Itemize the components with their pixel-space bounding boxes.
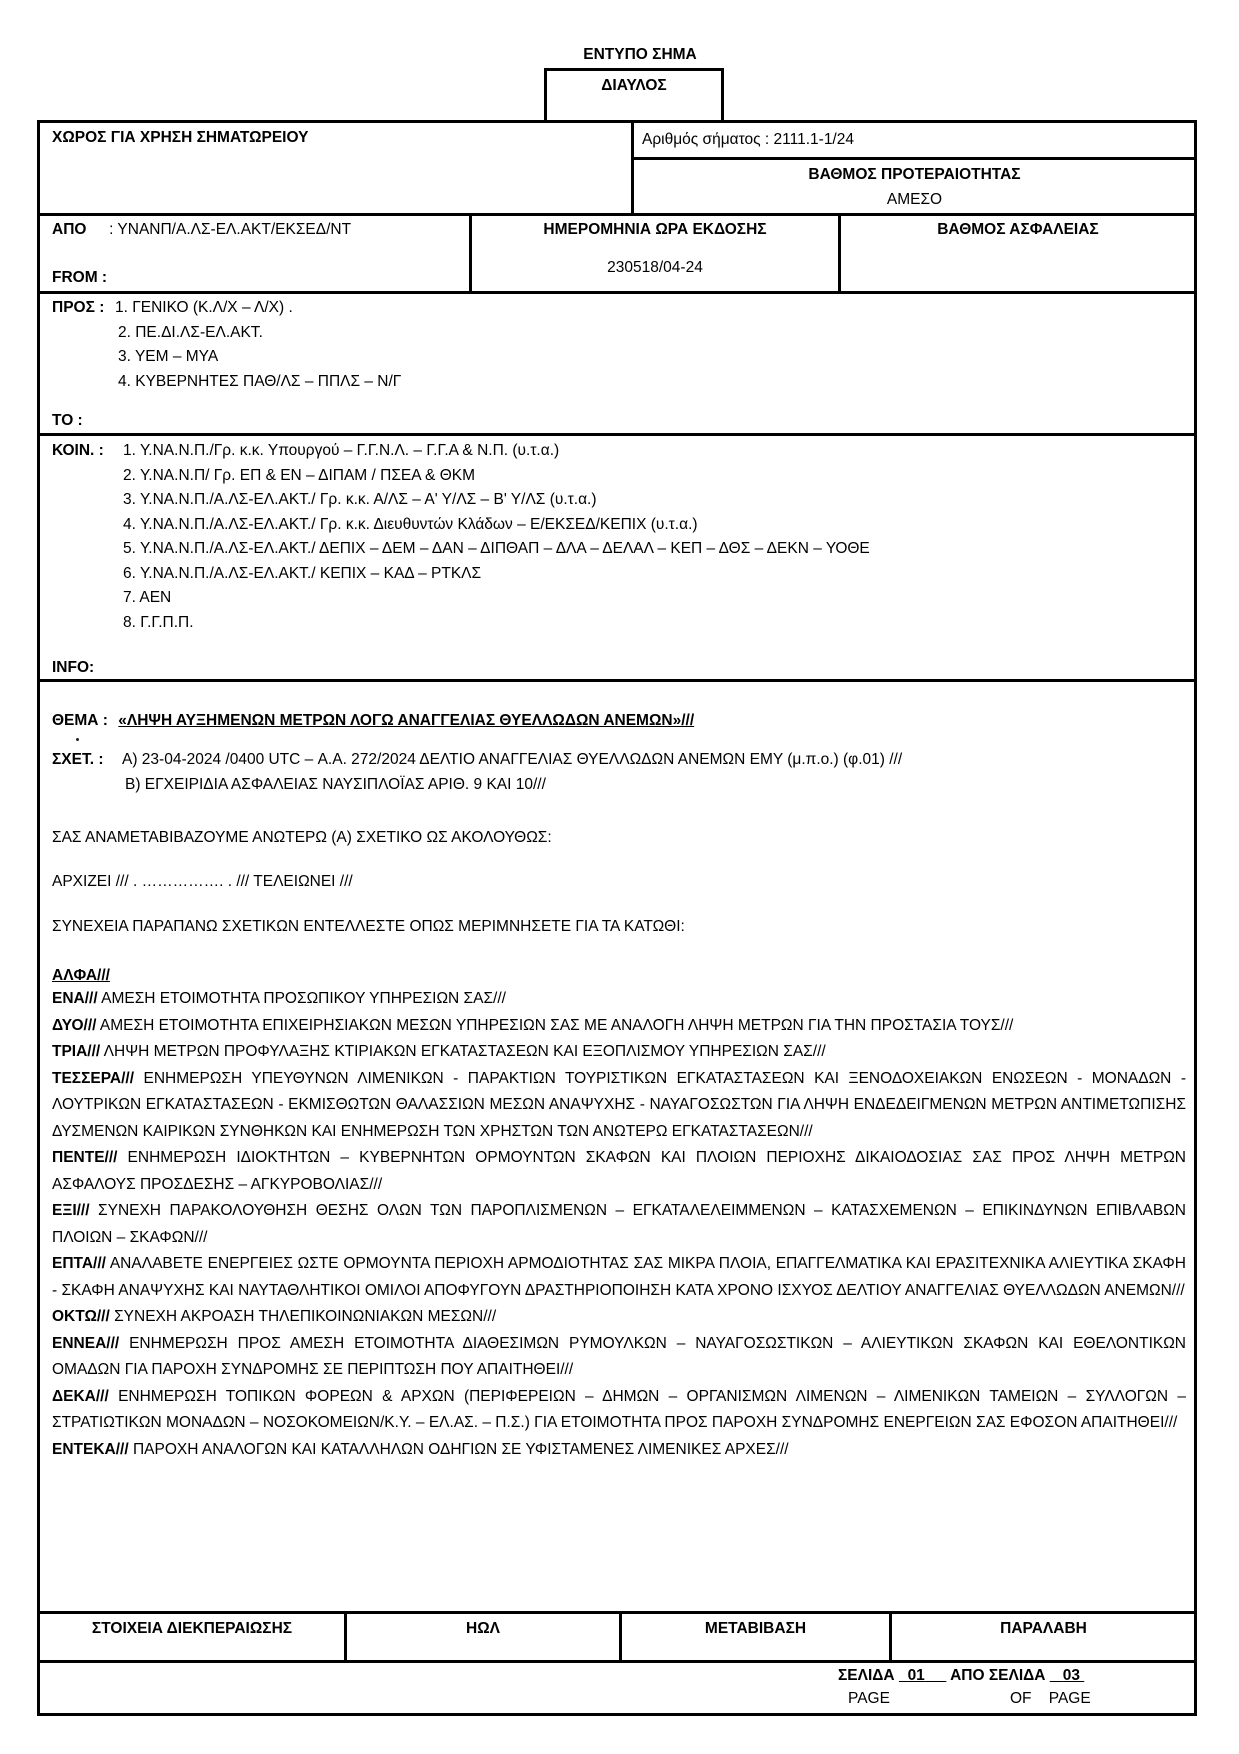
footer-col-transmission: ΜΕΤΑΒΙΒΑΣΗ: [622, 1619, 889, 1639]
directive-item: ΤΕΣΣΕΡΑ/// ΕΝΗΜΕΡΩΣΗ ΥΠΕΥΘΥΝΩΝ ΛΙΜΕΝΙΚΩΝ…: [52, 1066, 1186, 1146]
info-item: 4. Υ.ΝΑ.Ν.Π./Α.ΛΣ-ΕΛ.ΑΚΤ./ Γρ. κ.κ. Διευ…: [123, 513, 870, 538]
to-en-label: TO :: [52, 411, 83, 431]
section-heading: ΑΛΦΑ///: [52, 966, 110, 986]
directive-label: ΟΚΤΩ///: [52, 1308, 110, 1325]
directive-label: ΕΝΤΕΚΑ///: [52, 1441, 129, 1458]
directive-text: ΑΝΑΛΑΒΕΤΕ ΕΝΕΡΓΕΙΕΣ ΩΣΤΕ ΟΡΜΟΥΝΤΑ ΠΕΡΙΟΧ…: [52, 1255, 1186, 1299]
directive-text: ΕΝΗΜΕΡΩΣΗ ΙΔΙΟΚΤΗΤΩΝ – ΚΥΒΕΡΝΗΤΩΝ ΟΡΜΟΥΝ…: [52, 1149, 1186, 1193]
form-title: ΕΝΤΥΠΟ ΣΗΜΑ: [570, 45, 710, 65]
footer-col-processing: ΣΤΟΙΧΕΙΑ ΔΙΕΚΠΕΡΑΙΩΣΗΣ: [40, 1619, 344, 1639]
info-item: 6. Υ.ΝΑ.Ν.Π./Α.ΛΣ-ΕΛ.ΑΚΤ./ ΚΕΠΙΧ – ΚΑΔ –…: [123, 562, 870, 587]
reference-item: Β) ΕΓΧΕΙΡΙΔΙΑ ΑΣΦΑΛΕΙΑΣ ΝΑΥΣΙΠΛΟΪΑΣ ΑΡΙΘ…: [125, 773, 902, 798]
directive-item: ΔΕΚΑ/// ΕΝΗΜΕΡΩΣΗ ΤΟΠΙΚΩΝ ΦΟΡΕΩΝ & ΑΡΧΩΝ…: [52, 1384, 1186, 1437]
directive-item: ΠΕΝΤΕ/// ΕΝΗΜΕΡΩΣΗ ΙΔΙΟΚΤΗΤΩΝ – ΚΥΒΕΡΝΗΤ…: [52, 1145, 1186, 1198]
directive-label: ΔΕΚΑ///: [52, 1388, 109, 1405]
divider: [37, 213, 1197, 216]
info-en-label: INFO:: [52, 658, 94, 678]
info-item: 3. Υ.ΝΑ.Ν.Π./Α.ΛΣ-ΕΛ.ΑΚΤ./ Γρ. κ.κ. Α/ΛΣ…: [123, 488, 870, 513]
priority-label: ΒΑΘΜΟΣ ΠΡΟΤΕΡΑΙΟΤΗΤΑΣ: [634, 165, 1195, 185]
directive-item: ΕΝΝΕΑ/// ΕΝΗΜΕΡΩΣΗ ΠΡΟΣ ΑΜΕΣΗ ΕΤΟΙΜΟΤΗΤΑ…: [52, 1331, 1186, 1384]
from-value: : ΥΝΑΝΠ/Α.ΛΣ-ΕΛ.ΑΚΤ/ΕΚΣΕΔ/ΝΤ: [109, 221, 351, 238]
of-page-en-label: OF PAGE: [1010, 1689, 1091, 1709]
divider: [37, 1611, 1197, 1614]
to-list: 1. ΓΕΝΙΚΟ (Κ.Λ/Χ – Λ/Χ) . 2. ΠΕ.ΔΙ.ΛΣ-ΕΛ…: [115, 296, 401, 394]
directive-text: ΛΗΨΗ ΜΕΤΡΩΝ ΠΡΟΦΥΛΑΞΗΣ ΚΤΙΡΙΑΚΩΝ ΕΓΚΑΤΑΣ…: [100, 1043, 825, 1060]
divider: [631, 157, 1195, 160]
datetime-label: ΗΜΕΡΟΜΗΝΙΑ ΩΡΑ ΕΚΔΟΣΗΣ: [472, 220, 838, 240]
footer-col-dtg: ΗΩΛ: [347, 1619, 619, 1639]
footer-col-receipt: ΠΑΡΑΛΑΒΗ: [892, 1619, 1195, 1639]
priority-value: ΑΜΕΣΟ: [634, 190, 1195, 210]
to-label: ΠΡΟΣ :: [52, 298, 104, 318]
info-item: 5. Υ.ΝΑ.Ν.Π./Α.ΛΣ-ΕΛ.ΑΚΤ./ ΔΕΠΙΧ – ΔΕΜ –…: [123, 537, 870, 562]
subject-label: ΘΕΜΑ :: [52, 712, 108, 729]
signal-office-label: ΧΩΡΟΣ ΓΙΑ ΧΡΗΣΗ ΣΗΜΑΤΩΡΕΙΟΥ: [52, 128, 308, 148]
directive-text: ΣΥΝΕΧΗ ΑΚΡΟΑΣΗ ΤΗΛΕΠΙΚΟΙΝΩΝΙΑΚΩΝ ΜΕΣΩΝ//…: [110, 1308, 496, 1325]
subject-text: «ΛΗΨΗ ΑΥΞΗΜΕΝΩΝ ΜΕΤΡΩΝ ΛΟΓΩ ΑΝΑΓΓΕΛΙΑΣ Θ…: [118, 712, 694, 729]
info-item: 8. Γ.Γ.Π.Π.: [123, 611, 870, 636]
directive-text: ΑΜΕΣΗ ΕΤΟΙΜΟΤΗΤΑ ΠΡΟΣΩΠΙΚΟΥ ΥΠΗΡΕΣΙΩΝ ΣΑ…: [98, 990, 506, 1007]
signal-number-value: 2111.1-1/24: [774, 131, 854, 148]
to-item: 2. ΠΕ.ΔΙ.ΛΣ-ΕΛ.ΑΚΤ.: [118, 321, 401, 346]
from-field: ΑΠΟ : ΥΝΑΝΠ/Α.ΛΣ-ΕΛ.ΑΚΤ/ΕΚΣΕΔ/ΝΤ: [52, 220, 351, 240]
directive-label: ΤΡΙΑ///: [52, 1043, 100, 1060]
directive-item: ΟΚΤΩ/// ΣΥΝΕΧΗ ΑΚΡΟΑΣΗ ΤΗΛΕΠΙΚΟΙΝΩΝΙΑΚΩΝ…: [52, 1304, 1186, 1331]
directive-item: ΤΡΙΑ/// ΛΗΨΗ ΜΕΤΡΩΝ ΠΡΟΦΥΛΑΞΗΣ ΚΤΙΡΙΑΚΩΝ…: [52, 1039, 1186, 1066]
scan-mark: [76, 738, 79, 741]
divider: [37, 433, 1197, 436]
from-label: ΑΠΟ: [52, 221, 86, 238]
directive-label: ΔΥΟ///: [52, 1017, 96, 1034]
divider: [37, 1660, 1197, 1663]
signal-number-label: Αριθμός σήματος :: [642, 131, 769, 148]
of-label: ΑΠΟ ΣΕΛΙΔΑ: [950, 1667, 1045, 1684]
divider: [37, 679, 1197, 682]
to-item: 1. ΓΕΝΙΚΟ (Κ.Λ/Χ – Λ/Χ) .: [115, 296, 401, 321]
directive-text: ΠΑΡΟΧΗ ΑΝΑΛΟΓΩΝ ΚΑΙ ΚΑΤΑΛΛΗΛΩΝ ΟΔΗΓΙΩΝ Σ…: [129, 1441, 789, 1458]
directive-text: ΣΥΝΕΧΗ ΠΑΡΑΚΟΛΟΥΘΗΣΗ ΘΕΣΗΣ ΟΛΩΝ ΤΩΝ ΠΑΡΟ…: [52, 1202, 1186, 1246]
directive-item: ΕΞΙ/// ΣΥΝΕΧΗ ΠΑΡΑΚΟΛΟΥΘΗΣΗ ΘΕΣΗΣ ΟΛΩΝ Τ…: [52, 1198, 1186, 1251]
directive-label: ΤΕΣΣΕΡΑ///: [52, 1070, 134, 1087]
start-end-line: ΑΡΧΙΖΕΙ /// . ……………. . /// ΤΕΛΕΙΩΝΕΙ ///: [52, 872, 353, 892]
to-item: 3. ΥΕΜ – ΜΥΑ: [118, 345, 401, 370]
directive-label: ΕΞΙ///: [52, 1202, 90, 1219]
channel-box: ΔΙΑΥΛΟΣ: [544, 68, 724, 122]
to-item: 4. ΚΥΒΕΡΝΗΤΕΣ ΠΑΘ/ΛΣ – ΠΠΛΣ – Ν/Γ: [118, 370, 401, 395]
directive-label: ΕΝΑ///: [52, 990, 98, 1007]
intro-text: ΣΑΣ ΑΝΑΜΕΤΑΒΙΒΑΖΟΥΜΕ ΑΝΩΤΕΡΩ (Α) ΣΧΕΤΙΚΟ…: [52, 828, 552, 848]
directive-text: ΕΝΗΜΕΡΩΣΗ ΤΟΠΙΚΩΝ ΦΟΡΕΩΝ & ΑΡΧΩΝ (ΠΕΡΙΦΕ…: [52, 1388, 1186, 1432]
security-label: ΒΑΘΜΟΣ ΑΣΦΑΛΕΙΑΣ: [841, 220, 1195, 240]
directive-item: ΕΝΑ/// ΑΜΕΣΗ ΕΤΟΙΜΟΤΗΤΑ ΠΡΟΣΩΠΙΚΟΥ ΥΠΗΡΕ…: [52, 986, 1186, 1013]
reference-item: Α) 23-04-2024 /0400 UTC – Α.Α. 272/2024 …: [122, 748, 902, 773]
info-item: 1. Υ.ΝΑ.Ν.Π./Γρ. κ.κ. Υπουργού – Γ.Γ.Ν.Λ…: [123, 439, 870, 464]
info-list: 1. Υ.ΝΑ.Ν.Π./Γρ. κ.κ. Υπουργού – Γ.Γ.Ν.Λ…: [123, 439, 870, 635]
directive-text: ΕΝΗΜΕΡΩΣΗ ΠΡΟΣ ΑΜΕΣΗ ΕΤΟΙΜΟΤΗΤΑ ΔΙΑΘΕΣΙΜ…: [52, 1335, 1186, 1379]
datetime-value: 230518/04-24: [472, 258, 838, 278]
page-total: 03: [1063, 1667, 1080, 1684]
page-indicator: ΣΕΛΙΔΑ 01 ΑΠΟ ΣΕΛΙΔΑ 03: [838, 1666, 1084, 1686]
directive-text: ΕΝΗΜΕΡΩΣΗ ΥΠΕΥΘΥΝΩΝ ΛΙΜΕΝΙΚΩΝ - ΠΑΡΑΚΤΙΩ…: [52, 1070, 1186, 1140]
channel-label: ΔΙΑΥΛΟΣ: [547, 76, 721, 96]
page-label: ΣΕΛΙΔΑ: [838, 1667, 895, 1684]
signal-number-field: Αριθμός σήματος : 2111.1-1/24: [642, 130, 854, 150]
directive-label: ΠΕΝΤΕ///: [52, 1149, 117, 1166]
directive-text: ΑΜΕΣΗ ΕΤΟΙΜΟΤΗΤΑ ΕΠΙΧΕΙΡΗΣΙΑΚΩΝ ΜΕΣΩΝ ΥΠ…: [96, 1017, 1013, 1034]
info-item: 7. ΑΕΝ: [123, 586, 870, 611]
directive-item: ΔΥΟ/// ΑΜΕΣΗ ΕΤΟΙΜΟΤΗΤΑ ΕΠΙΧΕΙΡΗΣΙΑΚΩΝ Μ…: [52, 1013, 1186, 1040]
references-list: Α) 23-04-2024 /0400 UTC – Α.Α. 272/2024 …: [122, 748, 902, 797]
directive-item: ΕΠΤΑ/// ΑΝΑΛΑΒΕΤΕ ΕΝΕΡΓΕΙΕΣ ΩΣΤΕ ΟΡΜΟΥΝΤ…: [52, 1251, 1186, 1304]
directive-label: ΕΝΝΕΑ///: [52, 1335, 119, 1352]
from-en-label: FROM :: [52, 268, 107, 288]
page-number: 01: [908, 1667, 925, 1684]
directive-label: ΕΠΤΑ///: [52, 1255, 106, 1272]
info-label: ΚΟΙΝ. :: [52, 441, 104, 461]
references-label: ΣΧΕΤ. :: [52, 750, 104, 770]
instruction-text: ΣΥΝΕΧΕΙΑ ΠΑΡΑΠΑΝΩ ΣΧΕΤΙΚΩΝ ΕΝΤΕΛΛΕΣΤΕ ΟΠ…: [52, 917, 685, 937]
page-en-label: PAGE: [848, 1689, 890, 1709]
divider: [37, 291, 1197, 294]
start-marker: ΑΡΧΙΖΕΙ /// . ……………. .: [52, 873, 232, 890]
end-marker: /// ΤΕΛΕΙΩΝΕΙ ///: [236, 873, 352, 890]
directives-list: ΕΝΑ/// ΑΜΕΣΗ ΕΤΟΙΜΟΤΗΤΑ ΠΡΟΣΩΠΙΚΟΥ ΥΠΗΡΕ…: [52, 986, 1186, 1463]
info-item: 2. Υ.ΝΑ.Ν.Π/ Γρ. ΕΠ & ΕΝ – ΔΙΠΑΜ / ΠΣΕΑ …: [123, 464, 870, 489]
directive-item: ΕΝΤΕΚΑ/// ΠΑΡΟΧΗ ΑΝΑΛΟΓΩΝ ΚΑΙ ΚΑΤΑΛΛΗΛΩΝ…: [52, 1437, 1186, 1464]
subject-line: ΘΕΜΑ : «ΛΗΨΗ ΑΥΞΗΜΕΝΩΝ ΜΕΤΡΩΝ ΛΟΓΩ ΑΝΑΓΓ…: [52, 711, 694, 731]
